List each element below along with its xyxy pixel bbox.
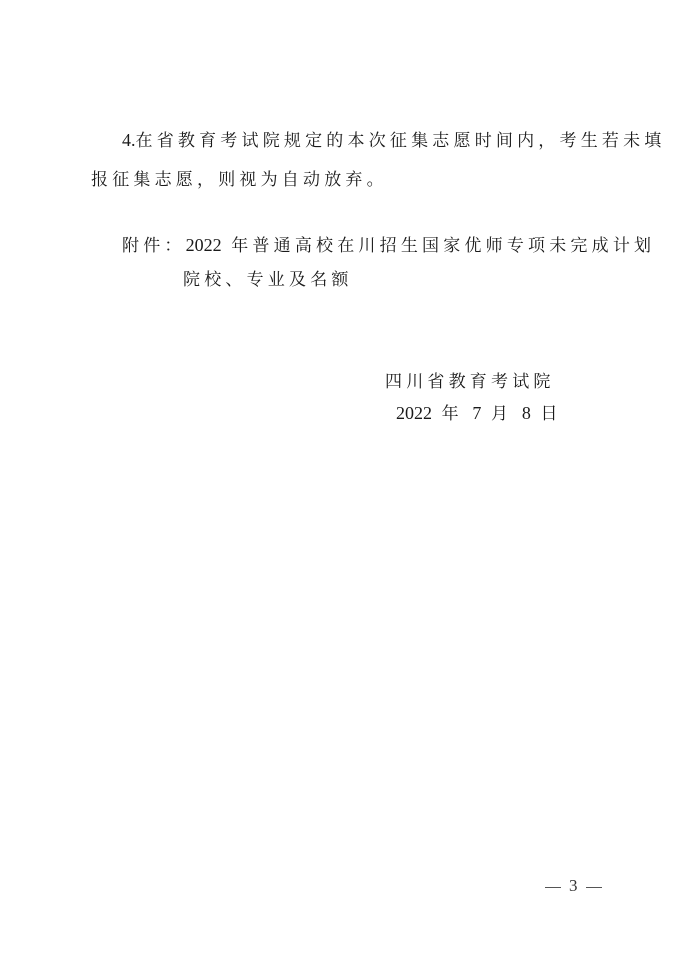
paragraph-4-line-1: 4.在省教育考试院规定的本次征集志愿时间内，考生若未填 <box>122 130 666 151</box>
attachment-line-2: 院校、专业及名额 <box>183 270 353 290</box>
attachment-label: 附件： <box>122 236 186 256</box>
item-number: 4. <box>122 130 136 150</box>
page-number-text: 3 <box>569 876 578 895</box>
date-month-unit: 月 <box>491 404 512 424</box>
dash-left <box>545 887 561 888</box>
issue-date: 2022 年 7 月 8 日 <box>396 403 562 424</box>
attachment-title-2: 院校、专业及名额 <box>183 270 353 290</box>
dash-right <box>586 887 602 888</box>
page-number: 3 <box>537 876 610 896</box>
date-year-unit: 年 <box>442 404 463 424</box>
date-year: 2022 <box>396 403 432 423</box>
date-month: 7 <box>472 403 481 423</box>
paragraph-4-line-2: 报征集志愿，则视为自动放弃。 <box>91 170 388 190</box>
issuer-text: 四川省教育考试院 <box>385 372 555 392</box>
date-day: 8 <box>522 403 531 423</box>
paragraph-4-text-2: 报征集志愿，则视为自动放弃。 <box>91 170 388 190</box>
paragraph-4-text-1: 在省教育考试院规定的本次征集志愿时间内，考生若未填 <box>136 131 666 151</box>
issuer-name: 四川省教育考试院 <box>385 372 555 392</box>
attachment-line-1: 附件：2022 年普通高校在川招生国家优师专项未完成计划 <box>122 235 655 256</box>
attachment-title-1: 年普通高校在川招生国家优师专项未完成计划 <box>231 236 655 256</box>
attachment-year: 2022 <box>186 235 222 255</box>
date-day-unit: 日 <box>540 404 561 424</box>
